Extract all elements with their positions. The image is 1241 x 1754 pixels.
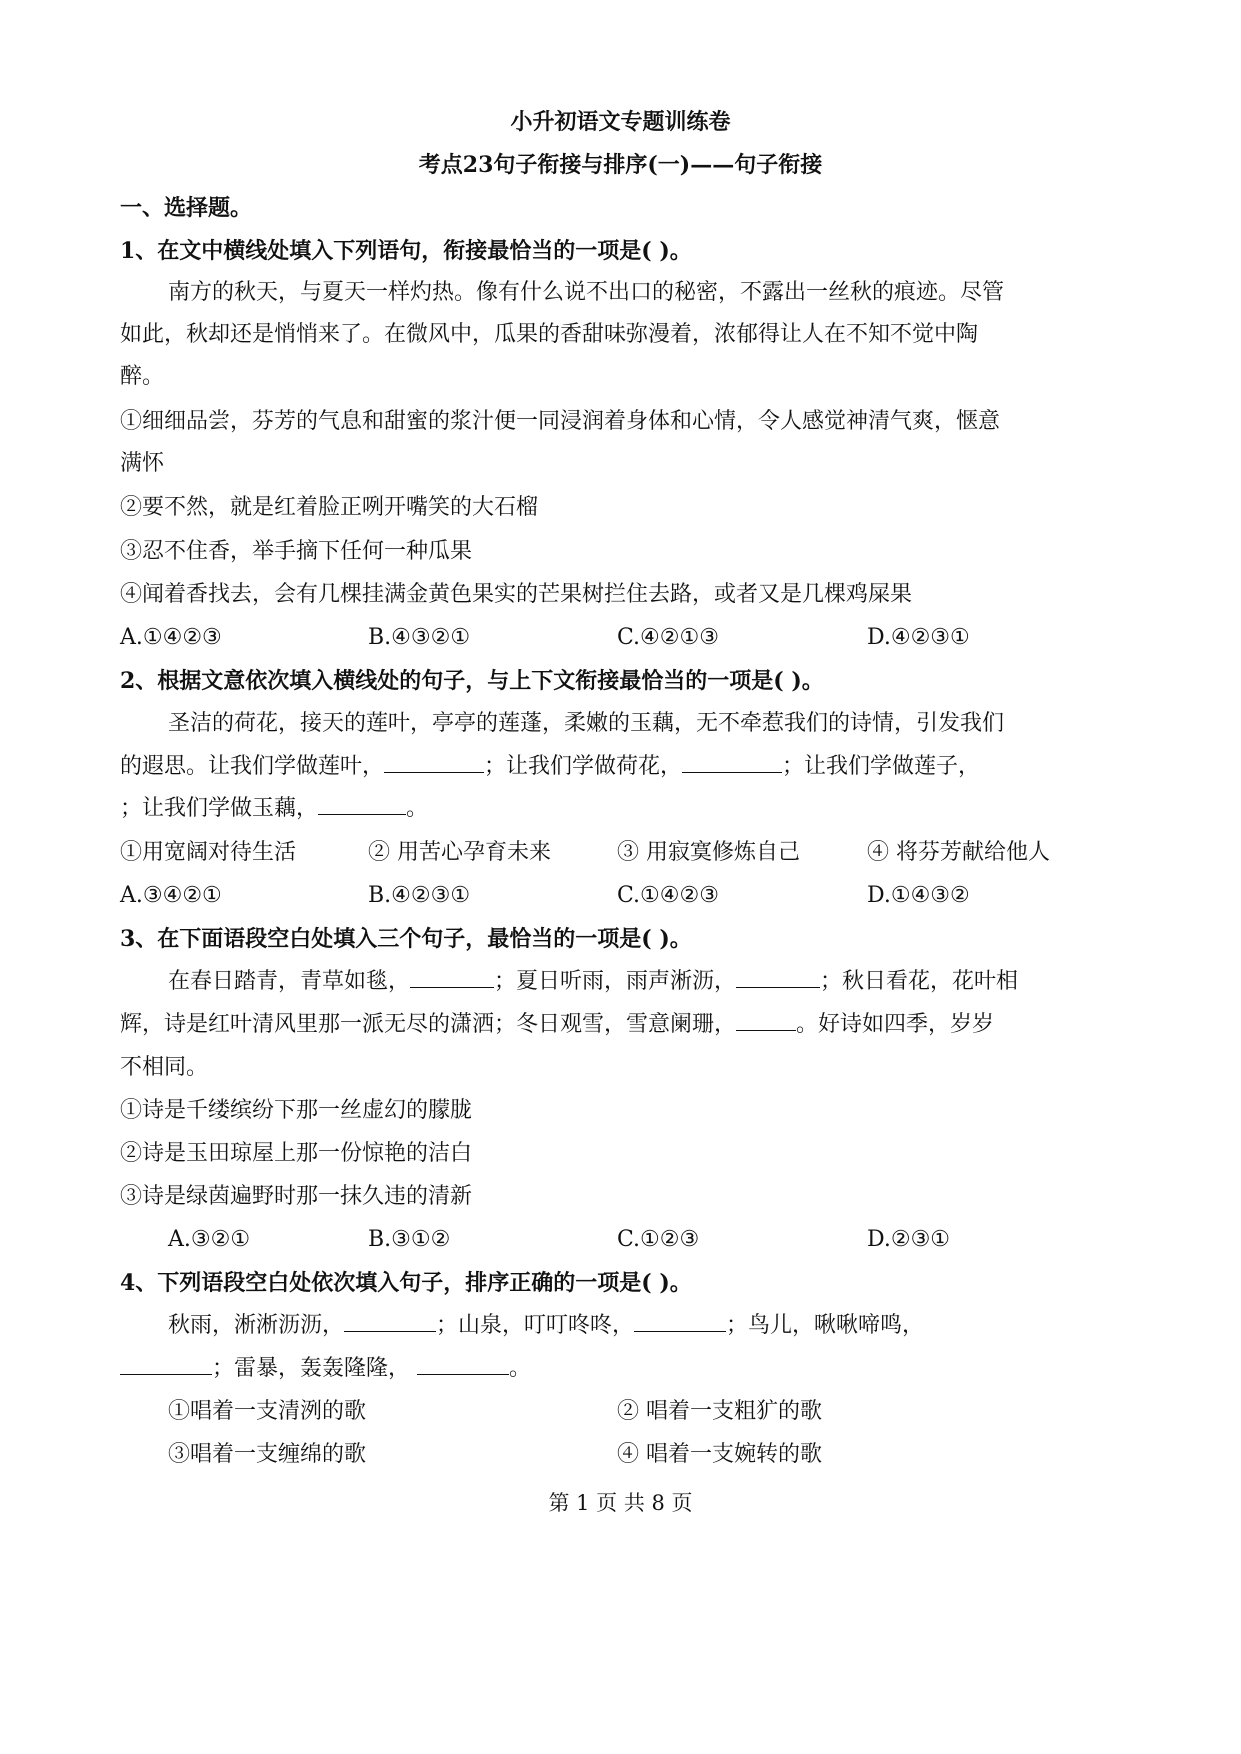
question-1-passage-line: 如此，秋却还是悄悄来了。在微风中，瓜果的香甜味弥漫着，浓郁得让人在不知不觉中陶 — [120, 320, 978, 350]
question-3-option-d[interactable]: D.②③① — [867, 1225, 950, 1255]
answer-blank[interactable] — [384, 752, 484, 773]
answer-blank[interactable] — [736, 967, 820, 988]
question-4-item: ② 唱着一支粗犷的歌 — [617, 1397, 822, 1427]
question-3-option-a[interactable]: A.③②① — [168, 1225, 250, 1255]
question-2-option-c[interactable]: C.①④②③ — [617, 881, 719, 911]
question-3-option-c[interactable]: C.①②③ — [617, 1225, 699, 1255]
question-1-item: ①细细品尝，芬芳的气息和甜蜜的浆汁便一同浸润着身体和心情，令人感觉神清气爽，惬意 — [120, 407, 1000, 437]
question-4-item: ③唱着一支缠绵的歌 — [168, 1440, 366, 1470]
question-3-stem: 3、在下面语段空白处填入三个句子，最恰当的一项是( )。 — [120, 924, 692, 954]
question-2-option-b[interactable]: B.④②③① — [368, 881, 470, 911]
answer-blank[interactable] — [120, 1354, 212, 1375]
question-1-passage-line: 南方的秋天，与夏天一样灼热。像有什么说不出口的秘密，不露出一丝秋的痕迹。尽管 — [168, 278, 1004, 308]
question-4-item: ④ 唱着一支婉转的歌 — [617, 1440, 822, 1470]
question-1-stem: 1、在文中横线处填入下列语句，衔接最恰当的一项是( )。 — [120, 236, 692, 266]
question-1-option-c[interactable]: C.④②①③ — [617, 623, 719, 653]
question-4-passage-line: ；雷暴，轰轰隆隆， 。 — [120, 1354, 531, 1384]
question-1-item: 满怀 — [120, 449, 164, 479]
answer-blank[interactable] — [634, 1311, 726, 1332]
question-3-passage-line: 不相同。 — [120, 1053, 208, 1083]
question-2-item: ①用宽阔对待生活 — [120, 838, 296, 868]
question-1-item: ②要不然，就是红着脸正咧开嘴笑的大石榴 — [120, 493, 538, 523]
page-footer: 第 1 页 共 8 页 — [0, 1488, 1241, 1518]
question-2-passage-line: ；让我们学做玉藕，。 — [120, 794, 428, 824]
question-2-passage-line: 的遐思。让我们学做莲叶，；让我们学做荷花，；让我们学做莲子， — [120, 752, 980, 782]
question-4-stem: 4、下列语段空白处依次填入句子，排序正确的一项是( )。 — [120, 1268, 692, 1298]
question-1-option-d[interactable]: D.④②③① — [867, 623, 970, 653]
question-3-passage-line: 辉，诗是红叶清风里那一派无尽的潇洒；冬日观雪，雪意阑珊，。好诗如四季，岁岁 — [120, 1010, 994, 1040]
question-2-item: ④ 将芬芳献给他人 — [867, 838, 1050, 868]
section-heading: 一、选择题。 — [120, 193, 252, 223]
answer-blank[interactable] — [682, 752, 782, 773]
answer-blank[interactable] — [318, 794, 406, 815]
document-subtitle: 考点23句子衔接与排序(一)——句子衔接 — [0, 150, 1241, 180]
question-1-item: ③忍不住香，举手摘下任何一种瓜果 — [120, 537, 472, 567]
question-2-item: ② 用苦心孕育未来 — [368, 838, 551, 868]
question-2-option-a[interactable]: A.③④②① — [120, 881, 222, 911]
question-2-item: ③ 用寂寞修炼自己 — [617, 838, 800, 868]
question-2-stem: 2、根据文意依次填入横线处的句子，与上下文衔接最恰当的一项是( )。 — [120, 666, 824, 696]
answer-blank[interactable] — [410, 967, 494, 988]
document-page: 小升初语文专题训练卷 考点23句子衔接与排序(一)——句子衔接 一、选择题。 1… — [0, 0, 1241, 1754]
question-3-item: ②诗是玉田琼屋上那一份惊艳的洁白 — [120, 1139, 472, 1169]
question-1-option-a[interactable]: A.①④②③ — [120, 623, 222, 653]
question-3-passage-line: 在春日踏青，青草如毯，；夏日听雨，雨声淅沥，；秋日看花，花叶相 — [168, 967, 1018, 997]
question-4-item: ①唱着一支清洌的歌 — [168, 1397, 366, 1427]
question-3-item: ①诗是千缕缤纷下那一丝虚幻的朦胧 — [120, 1096, 472, 1126]
question-3-option-b[interactable]: B.③①② — [368, 1225, 450, 1255]
question-2-option-d[interactable]: D.①④③② — [867, 881, 970, 911]
answer-blank[interactable] — [736, 1010, 796, 1031]
answer-blank[interactable] — [417, 1354, 509, 1375]
question-4-passage-line: 秋雨，淅淅沥沥，；山泉，叮叮咚咚，；鸟儿，啾啾啼鸣， — [168, 1311, 924, 1341]
question-2-passage-line: 圣洁的荷花，接天的莲叶，亭亭的莲蓬，柔嫩的玉藕，无不牵惹我们的诗情，引发我们 — [168, 709, 1004, 739]
question-1-item: ④闻着香找去，会有几棵挂满金黄色果实的芒果树拦住去路，或者又是几棵鸡屎果 — [120, 580, 912, 610]
question-1-passage-line: 醉。 — [120, 362, 164, 392]
answer-blank[interactable] — [344, 1311, 436, 1332]
question-3-item: ③诗是绿茵遍野时那一抹久违的清新 — [120, 1182, 472, 1212]
question-1-option-b[interactable]: B.④③②① — [368, 623, 470, 653]
document-title: 小升初语文专题训练卷 — [0, 107, 1241, 137]
